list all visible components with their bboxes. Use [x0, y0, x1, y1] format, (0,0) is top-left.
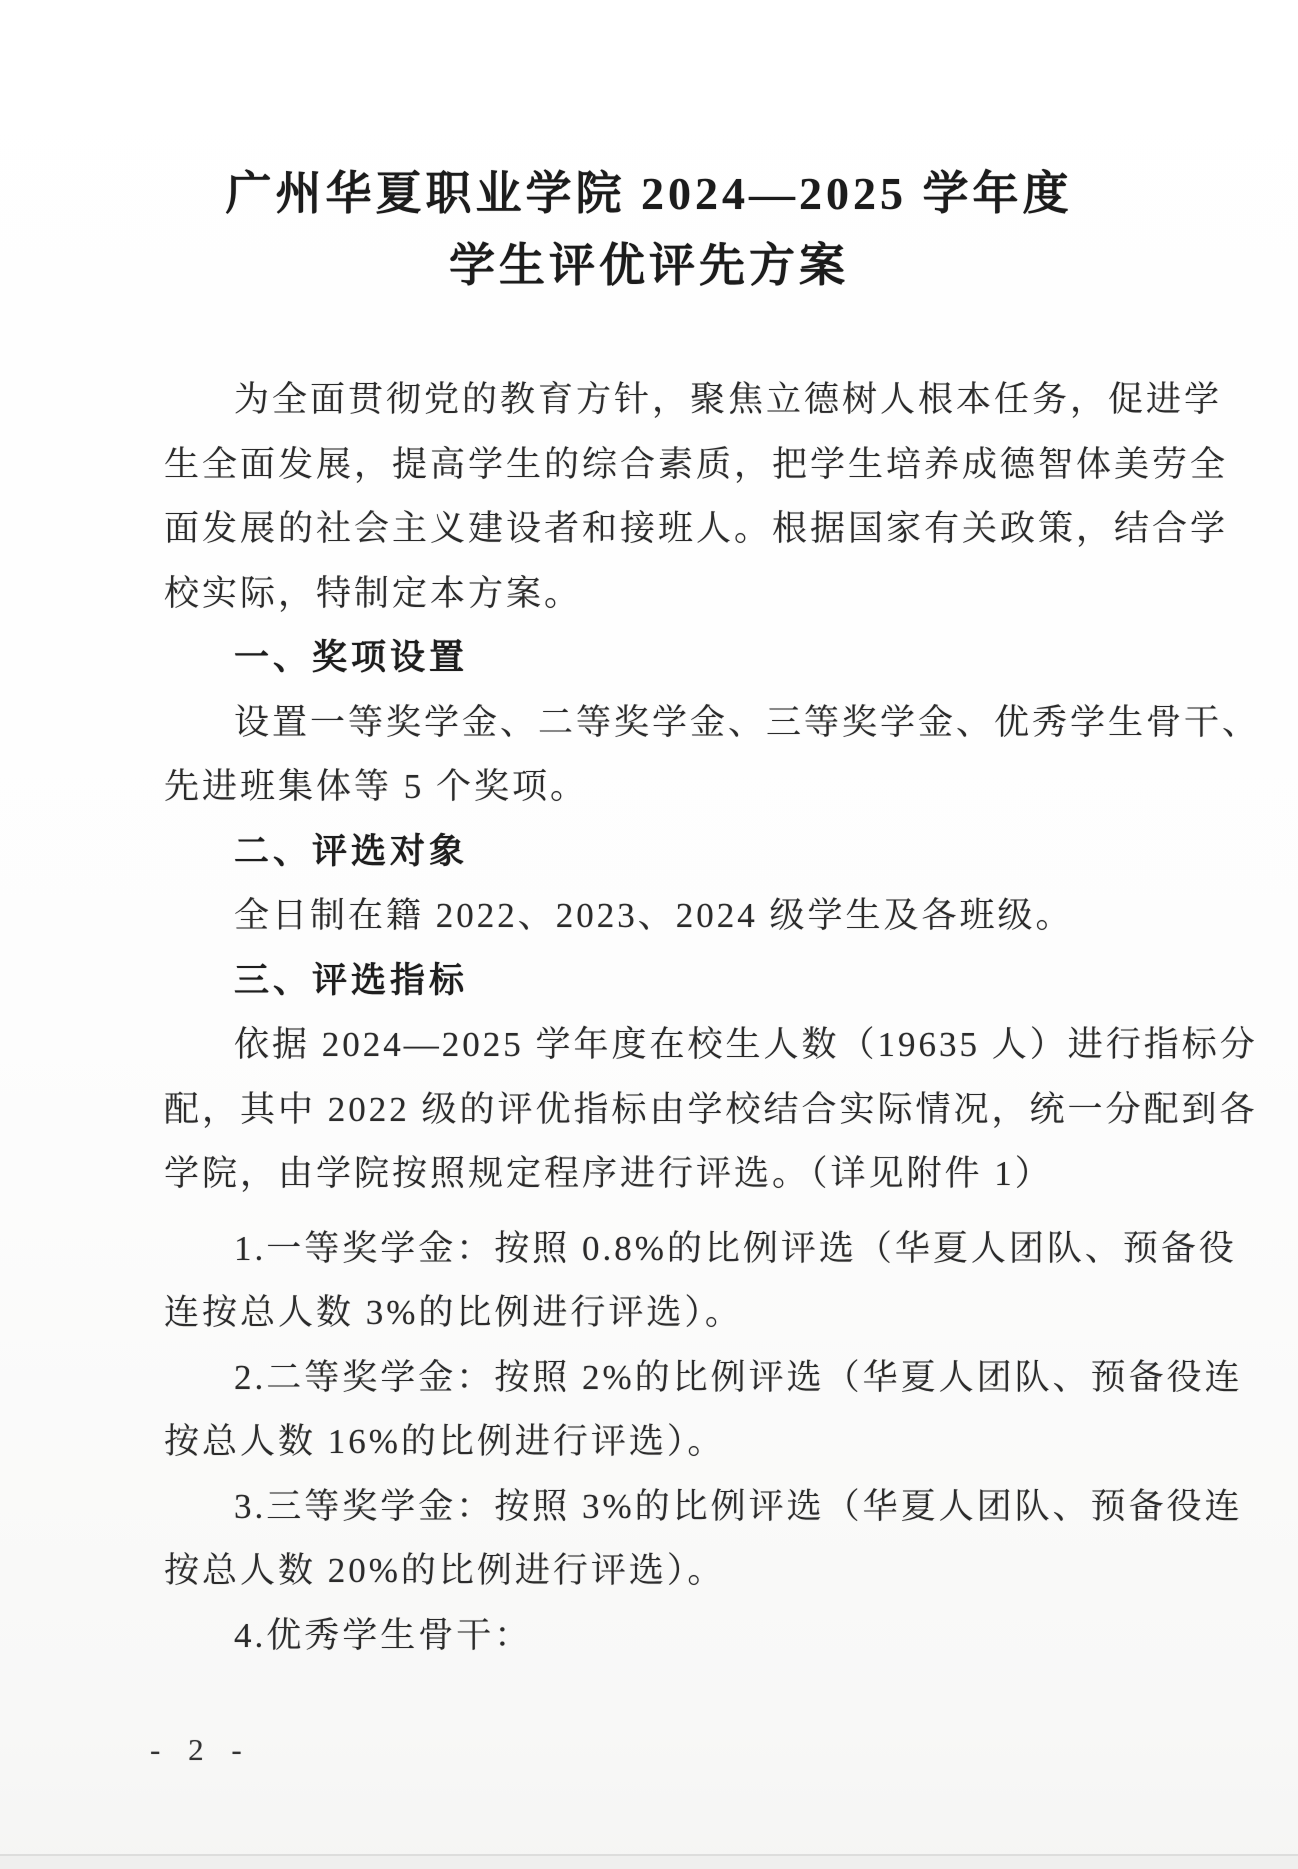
- list-item-outstanding-cadre: 4.优秀学生骨干：: [164, 1604, 1180, 1669]
- title-line-1: 广州华夏职业学院 2024—2025 学年度: [0, 158, 1298, 230]
- body-line: 配，其中 2022 级的评优指标由学校结合实际情况，统一分配到各: [164, 1078, 1180, 1143]
- page-bottom-edge: [0, 1854, 1298, 1869]
- body-line: 设置一等奖学金、二等奖学金、三等奖学金、优秀学生骨干、: [164, 691, 1180, 756]
- document-page: 广州华夏职业学院 2024—2025 学年度 学生评优评先方案 为全面贯彻党的教…: [0, 0, 1298, 1869]
- body-line: 全日制在籍 2022、2023、2024 级学生及各班级。: [164, 884, 1180, 949]
- body-line: 学院，由学院按照规定程序进行评选。（详见附件 1）: [164, 1142, 1180, 1207]
- body-line: 连按总人数 3%的比例进行评选）。: [164, 1281, 1180, 1346]
- list-item-third-scholarship: 3.三等奖学金：按照 3%的比例评选（华夏人团队、预备役连: [164, 1475, 1180, 1540]
- body-line: 校实际，特制定本方案。: [164, 562, 1180, 627]
- section-heading-candidates: 二、评选对象: [164, 820, 1180, 885]
- document-title: 广州华夏职业学院 2024—2025 学年度 学生评优评先方案: [0, 158, 1298, 302]
- body-line: 生全面发展，提高学生的综合素质，把学生培养成德智体美劳全: [164, 433, 1180, 498]
- body-line: 先进班集体等 5 个奖项。: [164, 755, 1180, 820]
- body-line: 为全面贯彻党的教育方针，聚焦立德树人根本任务，促进学: [164, 368, 1180, 433]
- section-heading-awards: 一、奖项设置: [164, 626, 1180, 691]
- body-line: 按总人数 20%的比例进行评选）。: [164, 1539, 1180, 1604]
- body-line: 依据 2024—2025 学年度在校生人数（19635 人）进行指标分: [164, 1013, 1180, 1078]
- list-item-second-scholarship: 2.二等奖学金：按照 2%的比例评选（华夏人团队、预备役连: [164, 1346, 1180, 1411]
- body-line: 面发展的社会主义建设者和接班人。根据国家有关政策，结合学: [164, 497, 1180, 562]
- title-line-2: 学生评优评先方案: [0, 230, 1298, 302]
- body-line: 按总人数 16%的比例进行评选）。: [164, 1410, 1180, 1475]
- section-heading-quotas: 三、评选指标: [164, 949, 1180, 1014]
- page-number: - 2 -: [150, 1726, 252, 1774]
- list-item-first-scholarship: 1.一等奖学金：按照 0.8%的比例评选（华夏人团队、预备役: [164, 1217, 1180, 1282]
- document-body: 为全面贯彻党的教育方针，聚焦立德树人根本任务，促进学 生全面发展，提高学生的综合…: [164, 368, 1180, 1668]
